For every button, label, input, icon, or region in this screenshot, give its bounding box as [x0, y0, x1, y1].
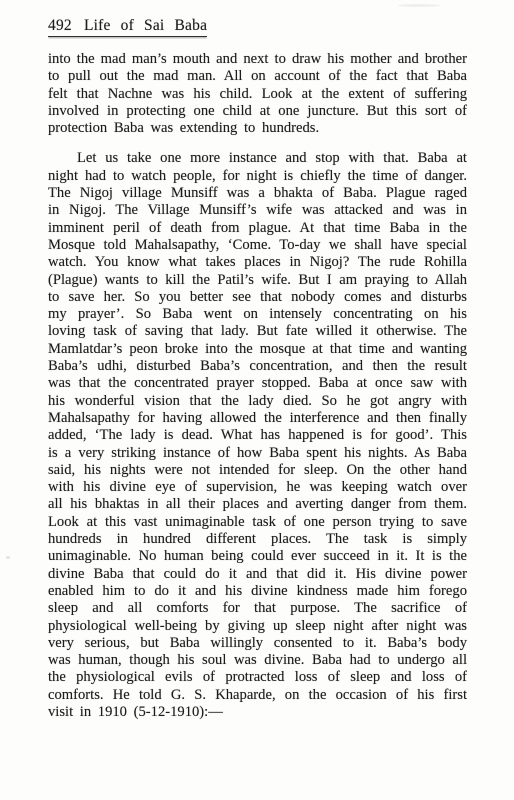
text-line: night had to watch people, for night is …: [48, 168, 467, 185]
text-line: was that the concentrated prayer stopped…: [48, 375, 467, 392]
paragraph: into the mad man’s mouth and next to dra…: [48, 51, 467, 137]
text-line: Baba’s udhi, disturbed Baba’s concentrat…: [48, 358, 467, 375]
text-line: watch. You know what takes places in Nig…: [48, 254, 467, 271]
text-line: physiological well-being by giving up sl…: [48, 618, 467, 635]
text-line: added, ‘The lady is dead. What has happe…: [48, 427, 467, 444]
text-line: in Nigoj. The Village Munsiff’s wife was…: [48, 202, 467, 219]
paragraph: Let us take one more instance and stop w…: [48, 150, 467, 721]
page-text: into the mad man’s mouth and next to dra…: [48, 51, 467, 721]
text-line: visit in 1910 (5-12-1910):—: [48, 704, 467, 721]
text-line: my prayer’. So Baba went on intensely co…: [48, 306, 467, 323]
text-line: felt that Nachne was his child. Look at …: [48, 86, 467, 103]
text-line: sleep and all comforts for that purpose.…: [48, 600, 467, 617]
text-line: his wonderful vision that the lady died.…: [48, 393, 467, 410]
text-line: Mamlatdar’s peon broke into the mosque a…: [48, 341, 467, 358]
text-line: hundreds in hundred different places. Th…: [48, 531, 467, 548]
book-page: 492 Life of Sai Baba into the mad man’s …: [0, 0, 514, 800]
text-line: with his divine eye of supervision, he w…: [48, 479, 467, 496]
page-number: 492: [48, 17, 72, 34]
text-line: unimaginable. No human being could ever …: [48, 548, 467, 565]
text-line: The Nigoj village Munsiff was a bhakta o…: [48, 185, 467, 202]
text-line: was human, though his soul was divine. B…: [48, 652, 467, 669]
page-header: 492 Life of Sai Baba: [48, 18, 207, 37]
text-line: into the mad man’s mouth and next to dra…: [48, 51, 467, 68]
text-line: said, his nights were not intended for s…: [48, 462, 467, 479]
text-line: to pull out the mad man. All on account …: [48, 68, 467, 85]
text-line: comforts. He told G. S. Khaparde, on the…: [48, 687, 467, 704]
text-line: all his bhaktas in all their places and …: [48, 496, 467, 513]
text-line: Mahalsapathy for having allowed the inte…: [48, 410, 467, 427]
text-line: loving task of saving that lady. But fat…: [48, 323, 467, 340]
text-line: divine Baba that could do it and that di…: [48, 566, 467, 583]
text-line: is a very striking instance of how Baba …: [48, 445, 467, 462]
text-line: Look at this vast unimaginable task of o…: [48, 514, 467, 531]
text-line: involved in protecting one child at one …: [48, 103, 467, 120]
text-line: Let us take one more instance and stop w…: [48, 150, 467, 167]
text-line: Mosque told Mahalsapathy, ‘Come. To-day …: [48, 237, 467, 254]
text-line: to save her. So you better see that nobo…: [48, 289, 467, 306]
text-line: (Plague) wants to kill the Patil’s wife.…: [48, 272, 467, 289]
text-line: imminent peril of death from plague. At …: [48, 220, 467, 237]
text-line: enabled him to do it and his divine kind…: [48, 583, 467, 600]
text-line: very serious, but Baba willingly consent…: [48, 635, 467, 652]
running-title: Life of Sai Baba: [84, 17, 207, 34]
text-line: protection Baba was extending to hundred…: [48, 120, 467, 137]
text-line: the physiological evils of protracted lo…: [48, 669, 467, 686]
